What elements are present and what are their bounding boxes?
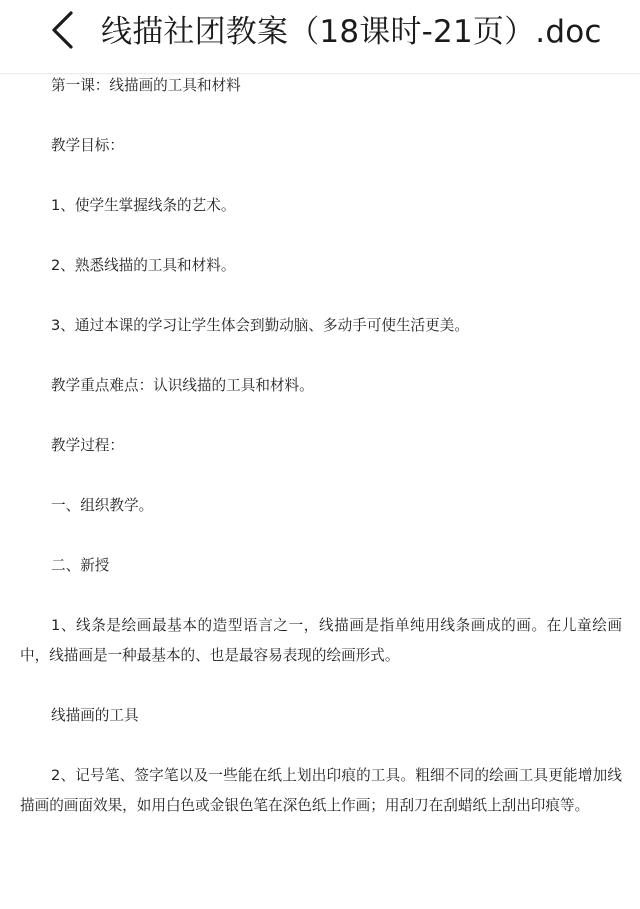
back-button[interactable] xyxy=(40,10,84,54)
subheading: 线描画的工具 xyxy=(51,704,139,728)
paragraph: 1、线条是绘画最基本的造型语言之一，线描画是指单纯用线条画成的画。在儿童绘画中，… xyxy=(20,611,622,671)
objective-item: 2、熟悉线描的工具和材料。 xyxy=(51,254,235,278)
document-title: 线描社团教案（18课时-21页）.doc xyxy=(101,12,602,52)
objective-item: 1、使学生掌握线条的艺术。 xyxy=(51,194,235,218)
process-step: 二、新授 xyxy=(51,554,109,578)
top-bar: 线描社团教案（18课时-21页）.doc xyxy=(0,0,640,74)
process-step: 一、组织教学。 xyxy=(51,494,153,518)
objective-item: 3、通过本课的学习让学生体会到勤动脑、多动手可使生活更美。 xyxy=(51,314,469,338)
objectives-heading: 教学目标： xyxy=(51,134,124,158)
chevron-left-icon xyxy=(49,10,75,54)
process-heading: 教学过程： xyxy=(51,434,124,458)
key-points-line: 教学重点难点：认识线描的工具和材料。 xyxy=(51,374,314,398)
lesson-heading: 第一课：线描画的工具和材料 xyxy=(51,74,241,98)
paragraph: 2、记号笔、签字笔以及一些能在纸上划出印痕的工具。粗细不同的绘画工具更能增加线描… xyxy=(20,761,622,821)
